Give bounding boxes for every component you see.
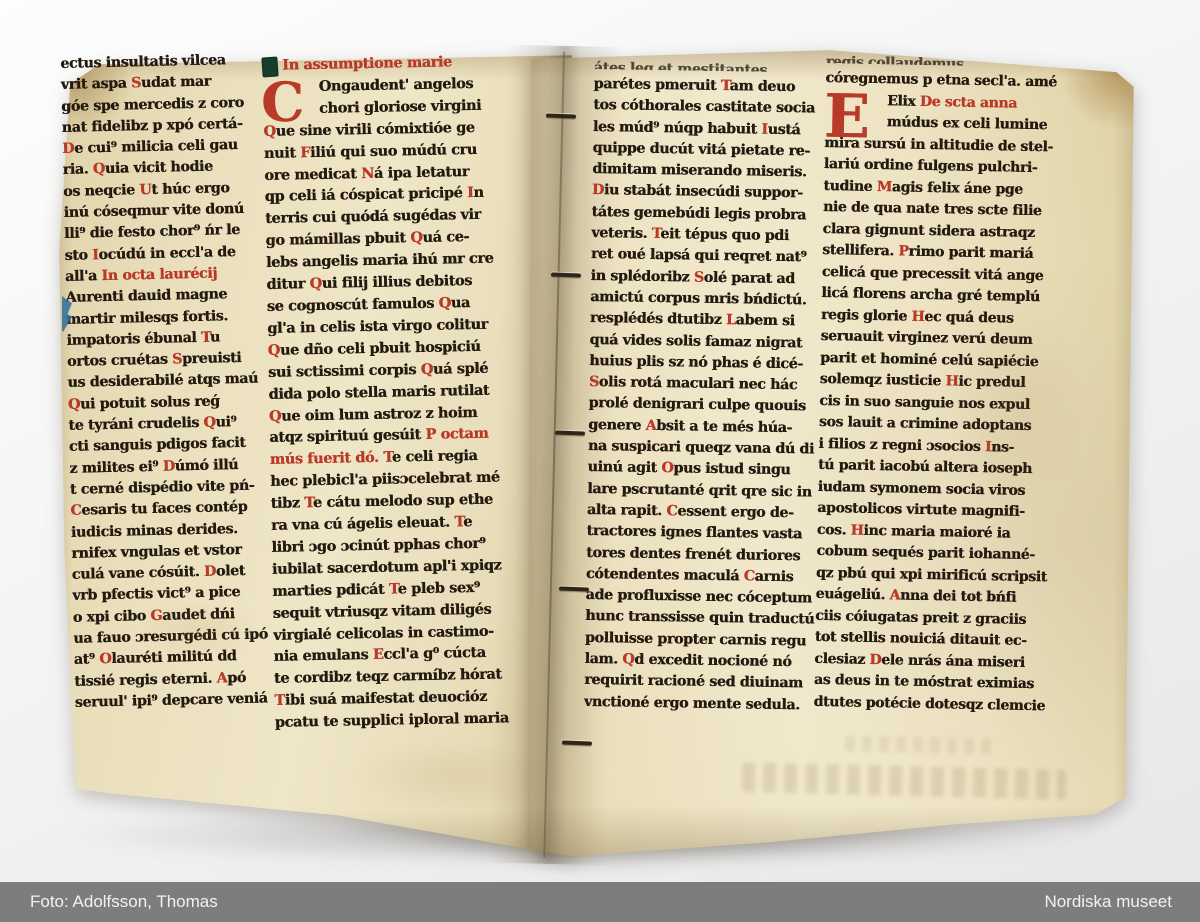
- show-through-smudge: [845, 735, 995, 754]
- left-page-column-2: In assumptione marieOngaudent' angelosch…: [262, 50, 527, 734]
- left-page-column-1: ectus insultatis vilceavrit aspa Sudat m…: [60, 49, 277, 714]
- initial-E: E: [824, 90, 871, 145]
- museum-name: Nordiska museet: [1044, 892, 1172, 912]
- text-line: Cesaris tu faces contép: [70, 497, 272, 523]
- text-line: regis collaudemus: [826, 52, 1074, 68]
- text-line: tractores ignes flantes vasta: [586, 521, 816, 546]
- text-line: cti sanguis pdigos facit: [69, 433, 271, 459]
- text-line: tos cóthorales castitate socia: [593, 95, 823, 120]
- text-line: requirit racioné sed diuinam: [584, 670, 814, 695]
- text-line: vnctioné ergo mente sedula.: [584, 692, 814, 717]
- green-paraph-mark: [261, 56, 278, 77]
- photo-background: ectus insultatis vilceavrit aspa Sudat m…: [0, 0, 1200, 882]
- text-line: uinú agit Opus istud singu: [587, 457, 817, 482]
- text-line: us desiderabilé atqs maú: [67, 369, 269, 395]
- photo-credit: Foto: Adolfsson, Thomas: [30, 892, 218, 912]
- text-line: resplédés dtutibz Labem si: [590, 308, 820, 333]
- caption-bar: Foto: Adolfsson, Thomas Nordiska museet: [0, 882, 1200, 922]
- text-line: átes leg et mestitantes: [594, 58, 824, 73]
- initial-C: C: [261, 78, 305, 127]
- right-page-column-1: átes leg et mestitantesparétes pmeruit T…: [584, 58, 824, 716]
- museum-photo-record: ectus insultatis vilceavrit aspa Sudat m…: [0, 0, 1200, 922]
